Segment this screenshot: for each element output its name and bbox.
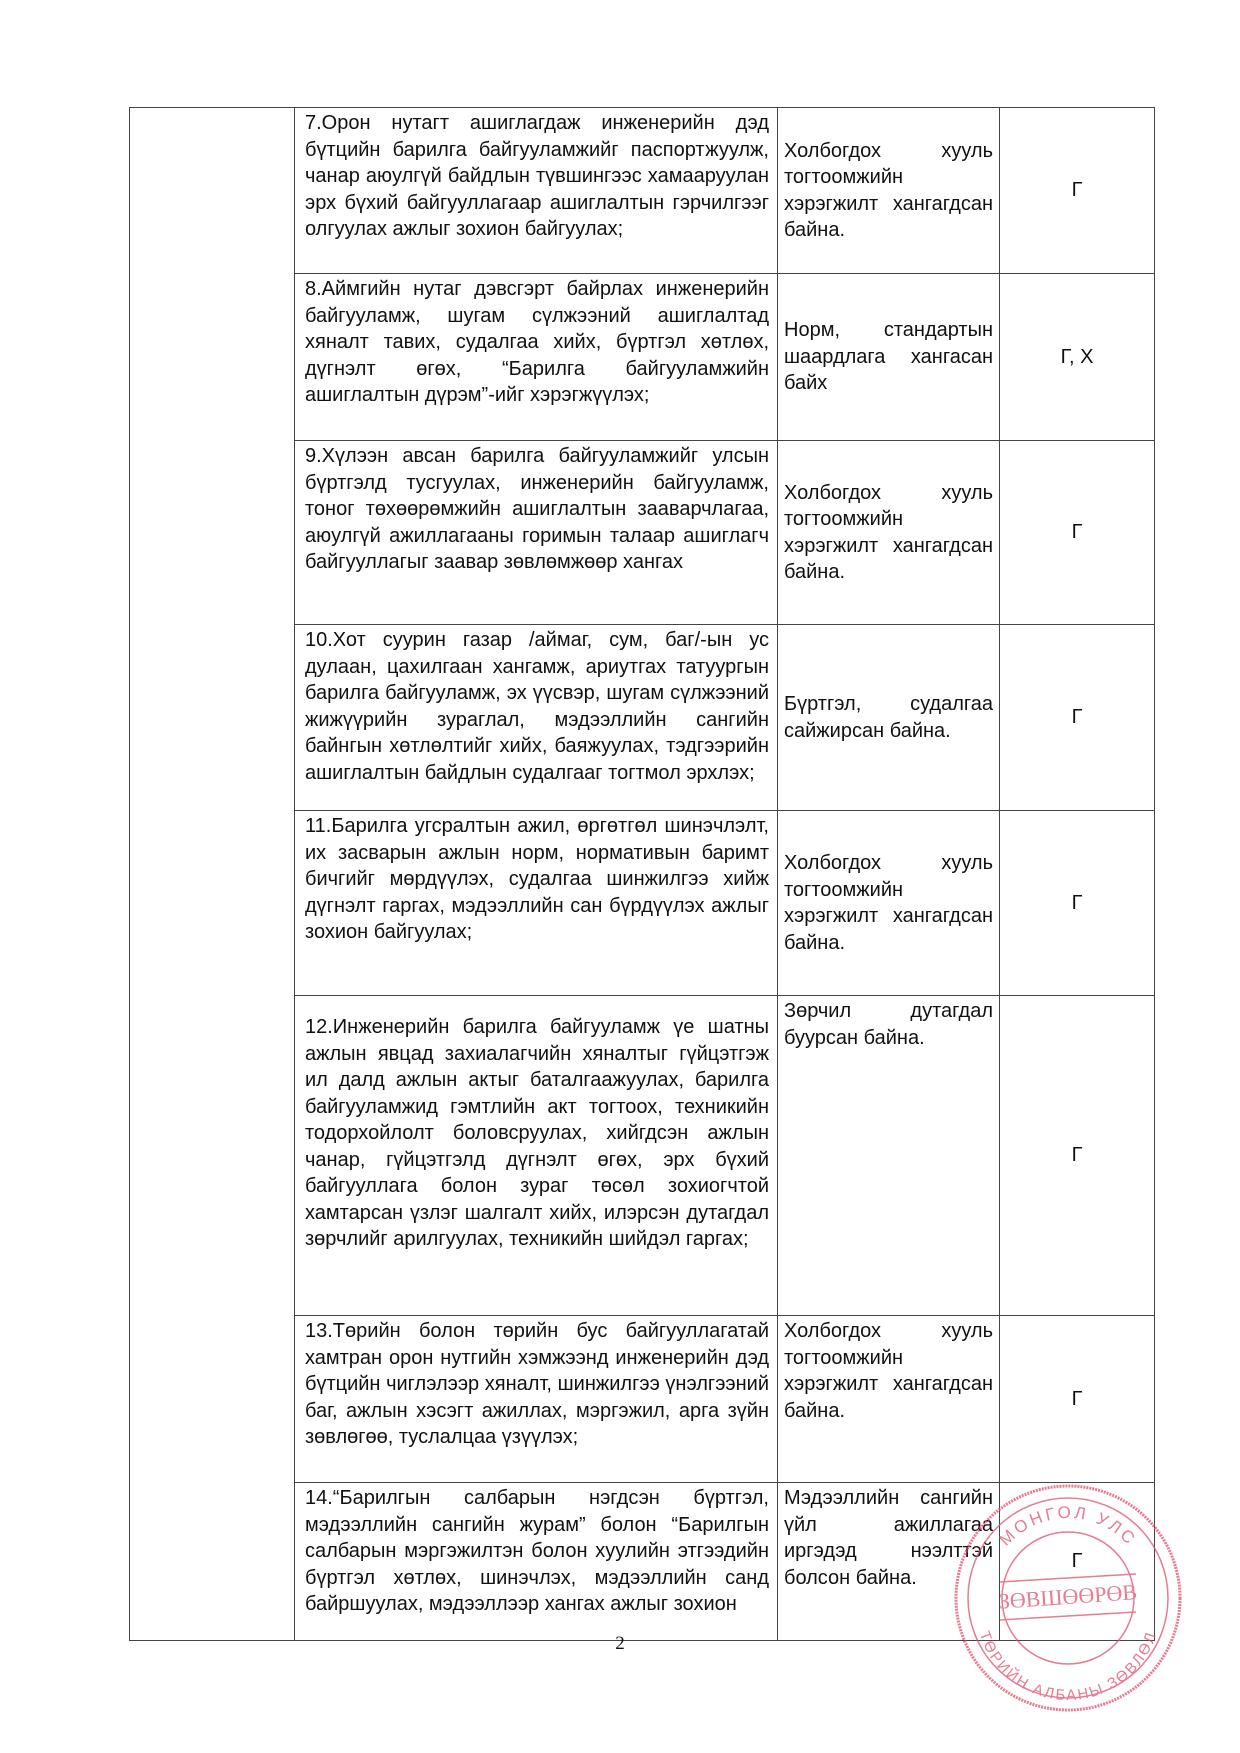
task-cell: 8.Аймгийн нутаг дэвсгэрт байрлах инженер…	[295, 274, 778, 441]
grade-cell: Г	[1000, 108, 1155, 274]
grade-cell: Г	[1000, 996, 1155, 1316]
document-page: 7.Орон нутагт ашиглагдаж инженерийн дэд …	[0, 0, 1240, 1753]
result-cell: Холбогдох хууль тогтоомжийн хэрэгжилт ха…	[778, 1316, 1000, 1483]
result-cell: Норм, стандартын шаардлага хангасан байх	[778, 274, 1000, 441]
table-row: 7.Орон нутагт ашиглагдаж инженерийн дэд …	[130, 108, 1155, 274]
grade-cell: Г	[1000, 625, 1155, 811]
result-cell: Холбогдох хууль тогтоомжийн хэрэгжилт ха…	[778, 441, 1000, 625]
result-cell: Мэдээллийн сангийн үйл ажиллагаа иргэдэд…	[778, 1483, 1000, 1641]
task-cell: 9.Хүлээн авсан барилга байгууламжийг улс…	[295, 441, 778, 625]
task-cell: 14.“Барилгын салбарын нэгдсэн бүртгэл, м…	[295, 1483, 778, 1641]
grade-cell: Г	[1000, 1316, 1155, 1483]
task-cell: 11.Барилга угсралтын ажил, өргөтгөл шинэ…	[295, 811, 778, 996]
task-cell: 10.Хот суурин газар /аймаг, сум, баг/-ын…	[295, 625, 778, 811]
grade-cell: Г	[1000, 811, 1155, 996]
task-cell: 12.Инженерийн барилга байгууламж үе шатн…	[295, 996, 778, 1316]
result-cell: Холбогдох хууль тогтоомжийн хэрэгжилт ха…	[778, 811, 1000, 996]
evaluation-table: 7.Орон нутагт ашиглагдаж инженерийн дэд …	[129, 107, 1155, 1641]
result-cell: Бүртгэл, судалгаа сайжирсан байна.	[778, 625, 1000, 811]
grade-cell: Г	[1000, 1483, 1155, 1641]
empty-index-cell	[130, 108, 295, 1641]
task-cell: 13.Төрийн болон төрийн бус байгууллагата…	[295, 1316, 778, 1483]
page-number: 2	[0, 1633, 1240, 1655]
task-cell: 7.Орон нутагт ашиглагдаж инженерийн дэд …	[295, 108, 778, 274]
result-cell: Холбогдох хууль тогтоомжийн хэрэгжилт ха…	[778, 108, 1000, 274]
grade-cell: Г	[1000, 441, 1155, 625]
grade-cell: Г, Х	[1000, 274, 1155, 441]
result-cell: Зөрчил дутагдал буурсан байна.	[778, 996, 1000, 1316]
